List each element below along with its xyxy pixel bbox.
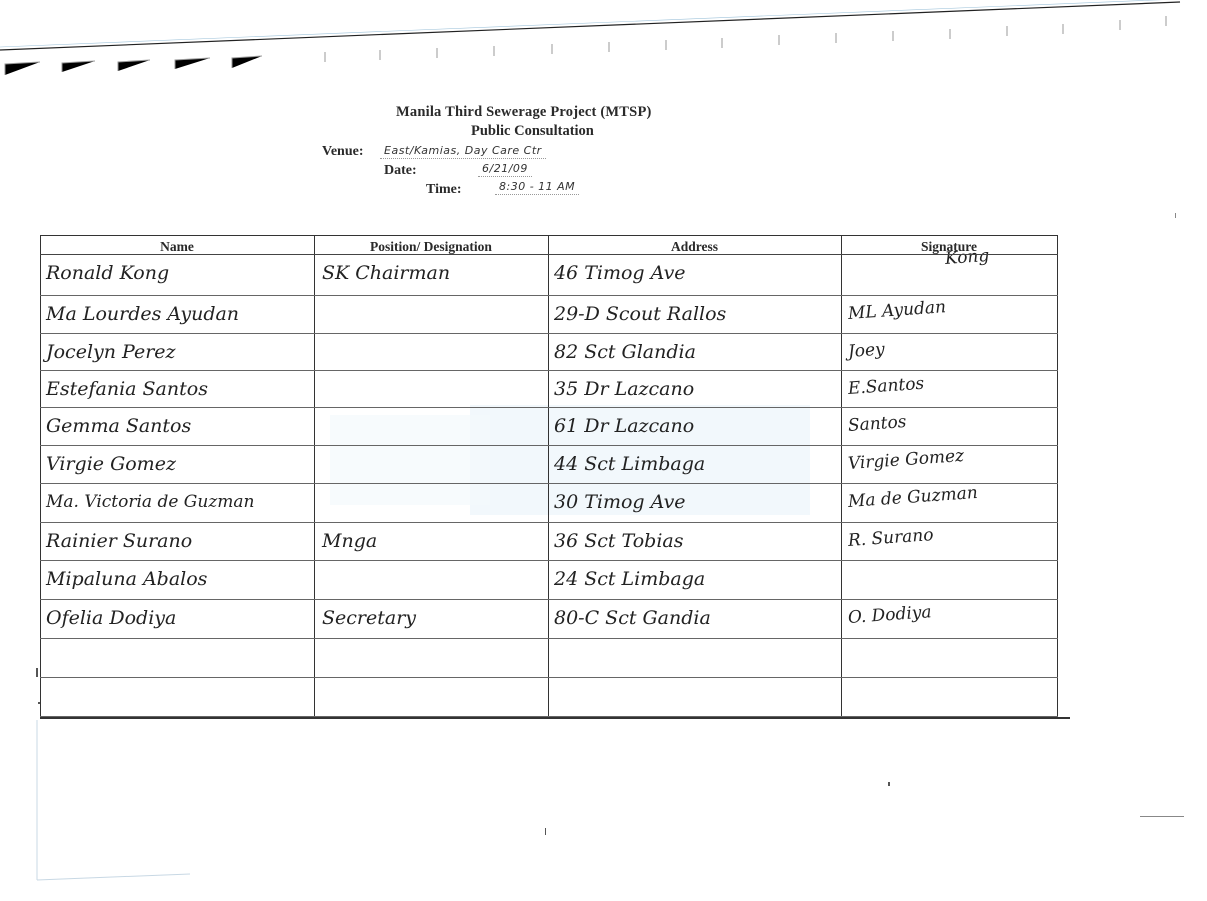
column-header-name: Name <box>40 239 314 255</box>
scan-mark <box>1175 213 1176 218</box>
cell-signature: R. Surano <box>847 525 934 551</box>
cell-name: Mipaluna Abalos <box>46 561 207 597</box>
scan-mark <box>545 828 546 835</box>
cell-name: Estefania Santos <box>46 371 208 407</box>
date-label: Date: <box>384 163 417 179</box>
cell-address: 82 Sct Glandia <box>554 334 696 370</box>
cell-name: Virgie Gomez <box>46 446 176 482</box>
table-border-bottom <box>40 717 1070 719</box>
time-label: Time: <box>426 182 462 198</box>
document-title: Manila Third Sewerage Project (MTSP) <box>396 104 696 121</box>
cell-signature: E.Santos <box>847 374 925 399</box>
cell-address: 35 Dr Lazcano <box>554 371 694 407</box>
table-border-right <box>1057 235 1058 718</box>
date-value: 6/21/09 <box>478 162 532 177</box>
cell-name: Gemma Santos <box>46 408 191 444</box>
cell-signature: ML Ayudan <box>847 297 946 324</box>
row-divider <box>40 599 1058 600</box>
cell-address: 46 Timog Ave <box>554 255 686 291</box>
row-divider <box>40 638 1058 639</box>
column-header-position: Position/ Designation <box>314 239 548 255</box>
header-divider <box>40 254 1058 255</box>
time-value: 8:30 - 11 AM <box>495 180 579 195</box>
cell-name: Ofelia Dodiya <box>46 600 176 636</box>
scan-mark <box>38 702 40 704</box>
row-divider <box>40 407 1058 408</box>
cell-name: Ma. Victoria de Guzman <box>46 484 255 520</box>
cell-address: 29-D Scout Rallos <box>554 296 726 332</box>
venue-label: Venue: <box>322 144 364 160</box>
row-divider <box>40 445 1058 446</box>
column-divider <box>314 235 315 718</box>
row-divider <box>40 716 1058 717</box>
cell-address: 30 Timog Ave <box>554 484 686 520</box>
cell-name: Rainier Surano <box>46 523 192 559</box>
table-border-left <box>40 235 41 718</box>
cell-signature: Kong <box>944 246 990 269</box>
table-border-top <box>40 235 1058 236</box>
cell-position: SK Chairman <box>322 255 450 291</box>
column-divider <box>548 235 549 718</box>
cell-signature: Santos <box>847 412 907 436</box>
cell-address: 80-C Sct Gandia <box>554 600 711 636</box>
row-divider <box>40 522 1058 523</box>
venue-value: East/Kamias, Day Care Ctr <box>380 144 546 159</box>
attendance-table: Name Position/ Designation Address Signa… <box>40 235 1070 718</box>
cell-position: Mnga <box>322 523 377 559</box>
cell-address: 44 Sct Limbaga <box>554 446 705 482</box>
cell-name: Ma Lourdes Ayudan <box>46 296 239 332</box>
document-subtitle: Public Consultation <box>471 123 594 140</box>
row-divider <box>40 333 1058 334</box>
scan-mark <box>36 668 38 677</box>
scan-mark <box>1140 816 1184 817</box>
cell-signature: Joey <box>847 339 885 362</box>
cell-position: Secretary <box>322 600 416 636</box>
cell-name: Jocelyn Perez <box>46 334 176 370</box>
cell-address: 24 Sct Limbaga <box>554 561 705 597</box>
cell-address: 61 Dr Lazcano <box>554 408 694 444</box>
cell-signature: Virgie Gomez <box>847 446 964 474</box>
column-divider <box>841 235 842 718</box>
cell-address: 36 Sct Tobias <box>554 523 684 559</box>
cell-name: Ronald Kong <box>46 255 169 291</box>
row-divider <box>40 677 1058 678</box>
cell-signature: Ma de Guzman <box>847 483 978 512</box>
cell-signature: O. Dodiya <box>847 602 932 628</box>
column-header-address: Address <box>548 239 841 255</box>
scan-mark <box>888 782 890 786</box>
